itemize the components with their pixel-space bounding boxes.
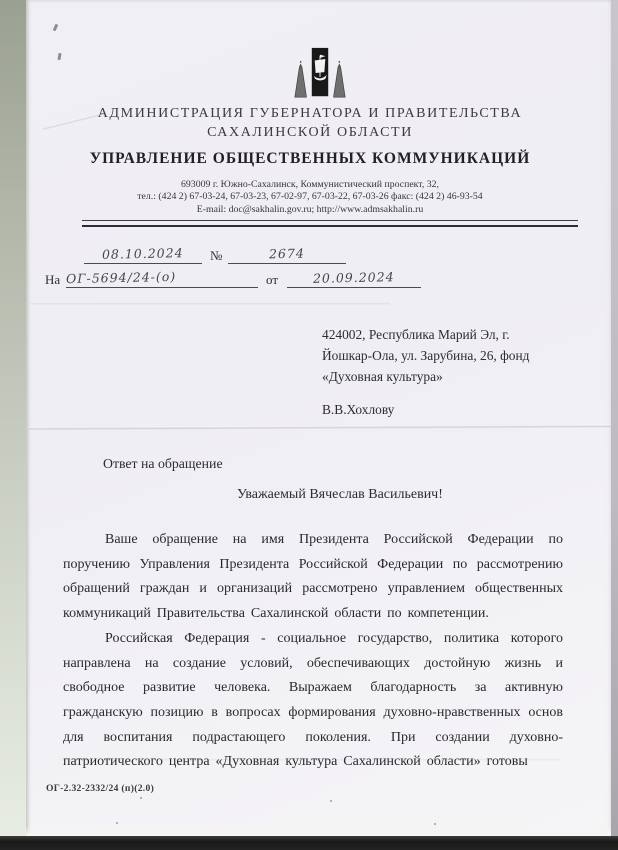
outgoing-number-handwritten: 2674 [269,246,305,262]
recipient-address-line: 424002, Республика Марий Эл, г. [322,324,572,345]
incoming-date-handwritten: 20.09.2024 [313,269,395,286]
fold-crease [30,302,390,305]
letter-subject: Ответ на обращение [103,456,223,472]
organization-name: АДМИНИСТРАЦИЯ ГУБЕРНАТОРА И ПРАВИТЕЛЬСТВ… [30,104,590,142]
dust-speck [116,822,118,824]
phone-fax-line: тел.: (424 2) 67-03-24, 67-03-23, 67-02-… [30,191,590,203]
body-paragraph: Российская Федерация - социальное госуда… [63,627,563,775]
recipient-address-line: «Духовная культура» [322,366,572,387]
dust-speck [140,797,142,799]
recipient-name: В.В.Хохлову [322,402,394,418]
incoming-number-handwritten: ОГ-5694/24-(о) [66,269,176,286]
scanner-bed-bottom [0,836,618,850]
in-reply-label: На [45,272,60,288]
outgoing-number-field: 2674 [228,245,346,264]
dust-speck [434,823,436,825]
scanner-bed-right [611,0,618,838]
postal-address: 693009 г. Южно-Сахалинск, Коммунистическ… [30,179,590,191]
paper-bottom-edge [26,826,611,836]
incoming-date-field: 20.09.2024 [287,269,421,288]
number-sign-label: № [210,248,222,264]
scanner-bed-left [0,0,26,838]
recipient-address-line: Йошкар-Ола, ул. Зарубина, 26, фонд [322,345,572,366]
salutation: Уважаемый Вячеслав Васильевич! [237,487,443,503]
outgoing-date-field: 08.10.2024 [84,245,202,264]
sakhalin-coat-of-arms-icon [291,46,349,102]
outgoing-date-handwritten: 08.10.2024 [102,245,184,262]
incoming-number-field: ОГ-5694/24-(о) [66,269,258,288]
from-label: от [266,272,278,288]
organization-name-line1: АДМИНИСТРАЦИЯ ГУБЕРНАТОРА И ПРАВИТЕЛЬСТВ… [30,104,590,123]
organization-name-line2: САХАЛИНСКОЙ ОБЛАСТИ [30,123,590,142]
department-name: УПРАВЛЕНИЕ ОБЩЕСТВЕННЫХ КОММУНИКАЦИЙ [30,150,590,168]
recipient-address: 424002, Республика Марий Эл, г. Йошкар-О… [322,324,572,387]
scanned-letter-page: АДМИНИСТРАЦИЯ ГУБЕРНАТОРА И ПРАВИТЕЛЬСТВ… [0,0,618,850]
contact-block: 693009 г. Южно-Сахалинск, Коммунистическ… [30,179,590,216]
email-website-line: E-mail: doc@sakhalin.gov.ru; http://www.… [30,204,590,216]
body-paragraph: Ваше обращение на имя Президента Российс… [63,528,563,627]
dust-speck [330,800,332,802]
letter-body: Ваше обращение на имя Президента Российс… [63,528,563,775]
letterhead-divider [82,220,578,227]
registration-code: ОГ-2.32-2332/24 (п)(2.0) [46,783,154,794]
